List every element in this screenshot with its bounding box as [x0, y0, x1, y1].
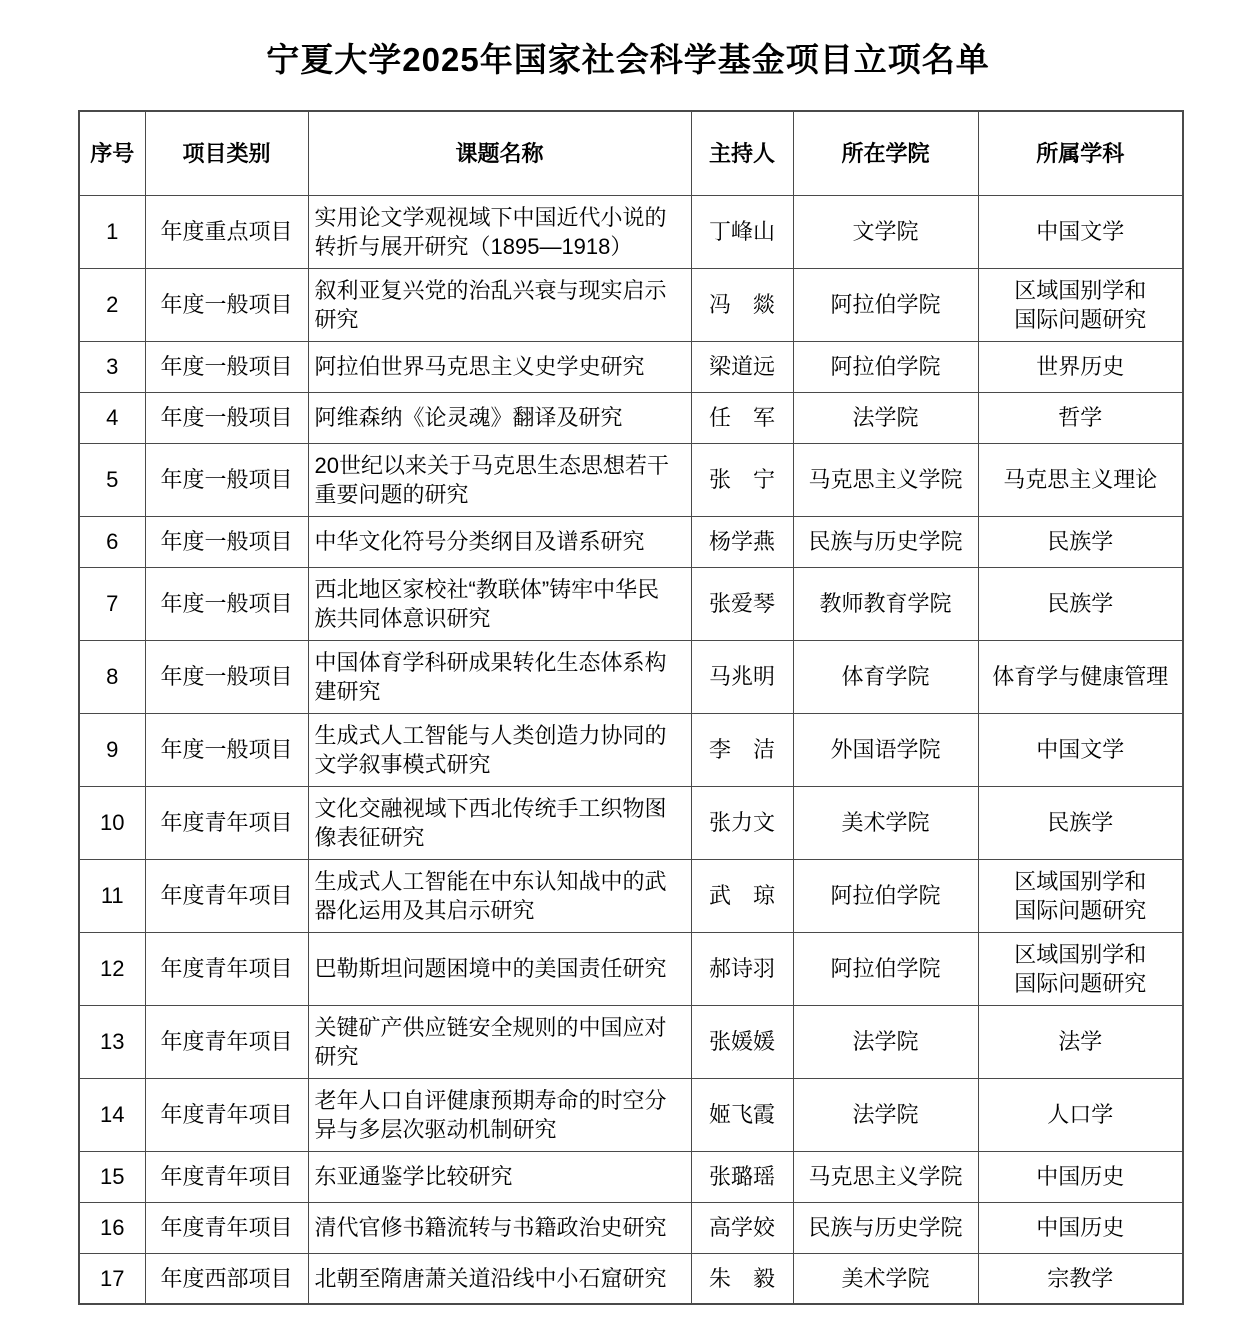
cell-category: 年度青年项目: [145, 1005, 308, 1078]
cell-leader: 张璐瑶: [691, 1151, 793, 1202]
cell-discipline: 中国历史: [978, 1151, 1183, 1202]
cell-category: 年度青年项目: [145, 859, 308, 932]
cell-category: 年度青年项目: [145, 786, 308, 859]
cell-discipline: 哲学: [978, 392, 1183, 443]
table-row: 17年度西部项目北朝至隋唐萧关道沿线中小石窟研究朱 毅美术学院宗教学: [79, 1253, 1183, 1304]
cell-category: 年度一般项目: [145, 392, 308, 443]
table-row: 5年度一般项目20世纪以来关于马克思生态思想若干重要问题的研究张 宁马克思主义学…: [79, 443, 1183, 516]
cell-discipline: 民族学: [978, 567, 1183, 640]
cell-title: 文化交融视域下西北传统手工织物图像表征研究: [308, 786, 691, 859]
cell-title: 实用论文学观视域下中国近代小说的转折与展开研究（1895—1918）: [308, 195, 691, 268]
page-title: 宁夏大学2025年国家社会科学基金项目立项名单: [0, 40, 1256, 80]
cell-discipline: 体育学与健康管理: [978, 640, 1183, 713]
projects-table: 序号 项目类别 课题名称 主持人 所在学院 所属学科 1年度重点项目实用论文学观…: [78, 110, 1184, 1305]
cell-leader: 杨学燕: [691, 516, 793, 567]
document-page: 宁夏大学2025年国家社会科学基金项目立项名单 序号 项目类别 课题名称 主持人…: [0, 0, 1256, 1330]
cell-category: 年度青年项目: [145, 1202, 308, 1253]
cell-leader: 朱 毅: [691, 1253, 793, 1304]
cell-leader: 张力文: [691, 786, 793, 859]
cell-title: 中国体育学科研成果转化生态体系构建研究: [308, 640, 691, 713]
cell-leader: 姬飞霞: [691, 1078, 793, 1151]
cell-title: 西北地区家校社“教联体”铸牢中华民族共同体意识研究: [308, 567, 691, 640]
table-row: 4年度一般项目阿维森纳《论灵魂》翻译及研究任 军法学院哲学: [79, 392, 1183, 443]
cell-college: 法学院: [793, 1005, 978, 1078]
cell-leader: 郝诗羽: [691, 932, 793, 1005]
cell-discipline: 马克思主义理论: [978, 443, 1183, 516]
cell-title: 清代官修书籍流转与书籍政治史研究: [308, 1202, 691, 1253]
cell-index: 2: [79, 268, 145, 341]
cell-leader: 张媛媛: [691, 1005, 793, 1078]
cell-leader: 丁峰山: [691, 195, 793, 268]
cell-category: 年度一般项目: [145, 516, 308, 567]
cell-index: 12: [79, 932, 145, 1005]
cell-index: 4: [79, 392, 145, 443]
cell-college: 阿拉伯学院: [793, 932, 978, 1005]
cell-index: 17: [79, 1253, 145, 1304]
cell-index: 13: [79, 1005, 145, 1078]
cell-category: 年度一般项目: [145, 443, 308, 516]
cell-discipline: 民族学: [978, 516, 1183, 567]
cell-index: 15: [79, 1151, 145, 1202]
col-header-index: 序号: [79, 111, 145, 195]
cell-leader: 冯 燚: [691, 268, 793, 341]
cell-college: 阿拉伯学院: [793, 859, 978, 932]
cell-discipline: 人口学: [978, 1078, 1183, 1151]
cell-category: 年度一般项目: [145, 341, 308, 392]
col-header-college: 所在学院: [793, 111, 978, 195]
cell-title: 老年人口自评健康预期寿命的时空分异与多层次驱动机制研究: [308, 1078, 691, 1151]
cell-category: 年度一般项目: [145, 640, 308, 713]
cell-college: 阿拉伯学院: [793, 268, 978, 341]
cell-title: 中华文化符号分类纲目及谱系研究: [308, 516, 691, 567]
cell-title: 20世纪以来关于马克思生态思想若干重要问题的研究: [308, 443, 691, 516]
cell-college: 文学院: [793, 195, 978, 268]
table-row: 2年度一般项目叙利亚复兴党的治乱兴衰与现实启示研究冯 燚阿拉伯学院区域国别学和国…: [79, 268, 1183, 341]
col-header-discipline: 所属学科: [978, 111, 1183, 195]
table-row: 6年度一般项目中华文化符号分类纲目及谱系研究杨学燕民族与历史学院民族学: [79, 516, 1183, 567]
cell-leader: 梁道远: [691, 341, 793, 392]
cell-college: 民族与历史学院: [793, 516, 978, 567]
table-row: 14年度青年项目老年人口自评健康预期寿命的时空分异与多层次驱动机制研究姬飞霞法学…: [79, 1078, 1183, 1151]
table-body: 1年度重点项目实用论文学观视域下中国近代小说的转折与展开研究（1895—1918…: [79, 195, 1183, 1304]
table-header: 序号 项目类别 课题名称 主持人 所在学院 所属学科: [79, 111, 1183, 195]
cell-discipline: 民族学: [978, 786, 1183, 859]
cell-leader: 张 宁: [691, 443, 793, 516]
cell-index: 11: [79, 859, 145, 932]
cell-title: 叙利亚复兴党的治乱兴衰与现实启示研究: [308, 268, 691, 341]
cell-leader: 高学姣: [691, 1202, 793, 1253]
cell-category: 年度一般项目: [145, 567, 308, 640]
table-row: 1年度重点项目实用论文学观视域下中国近代小说的转折与展开研究（1895—1918…: [79, 195, 1183, 268]
cell-index: 6: [79, 516, 145, 567]
cell-leader: 李 洁: [691, 713, 793, 786]
cell-category: 年度一般项目: [145, 713, 308, 786]
cell-discipline: 世界历史: [978, 341, 1183, 392]
cell-leader: 马兆明: [691, 640, 793, 713]
cell-category: 年度青年项目: [145, 1151, 308, 1202]
cell-index: 16: [79, 1202, 145, 1253]
cell-discipline: 区域国别学和国际问题研究: [978, 268, 1183, 341]
cell-title: 阿维森纳《论灵魂》翻译及研究: [308, 392, 691, 443]
cell-college: 马克思主义学院: [793, 1151, 978, 1202]
cell-college: 阿拉伯学院: [793, 341, 978, 392]
cell-category: 年度青年项目: [145, 1078, 308, 1151]
cell-college: 体育学院: [793, 640, 978, 713]
cell-college: 美术学院: [793, 1253, 978, 1304]
cell-category: 年度西部项目: [145, 1253, 308, 1304]
table-row: 12年度青年项目巴勒斯坦问题困境中的美国责任研究郝诗羽阿拉伯学院区域国别学和国际…: [79, 932, 1183, 1005]
cell-college: 马克思主义学院: [793, 443, 978, 516]
cell-college: 美术学院: [793, 786, 978, 859]
cell-leader: 任 军: [691, 392, 793, 443]
cell-index: 7: [79, 567, 145, 640]
cell-index: 3: [79, 341, 145, 392]
cell-discipline: 中国文学: [978, 713, 1183, 786]
cell-index: 14: [79, 1078, 145, 1151]
cell-discipline: 区域国别学和国际问题研究: [978, 859, 1183, 932]
table-row: 11年度青年项目生成式人工智能在中东认知战中的武器化运用及其启示研究武 琼阿拉伯…: [79, 859, 1183, 932]
cell-category: 年度青年项目: [145, 932, 308, 1005]
header-row: 序号 项目类别 课题名称 主持人 所在学院 所属学科: [79, 111, 1183, 195]
cell-college: 法学院: [793, 1078, 978, 1151]
cell-college: 教师教育学院: [793, 567, 978, 640]
cell-college: 民族与历史学院: [793, 1202, 978, 1253]
cell-index: 10: [79, 786, 145, 859]
cell-college: 外国语学院: [793, 713, 978, 786]
cell-category: 年度重点项目: [145, 195, 308, 268]
table-row: 16年度青年项目清代官修书籍流转与书籍政治史研究高学姣民族与历史学院中国历史: [79, 1202, 1183, 1253]
cell-title: 巴勒斯坦问题困境中的美国责任研究: [308, 932, 691, 1005]
table-row: 8年度一般项目中国体育学科研成果转化生态体系构建研究马兆明体育学院体育学与健康管…: [79, 640, 1183, 713]
table-row: 13年度青年项目关键矿产供应链安全规则的中国应对研究张媛媛法学院法学: [79, 1005, 1183, 1078]
cell-index: 8: [79, 640, 145, 713]
cell-title: 生成式人工智能在中东认知战中的武器化运用及其启示研究: [308, 859, 691, 932]
table-row: 15年度青年项目东亚通鉴学比较研究张璐瑶马克思主义学院中国历史: [79, 1151, 1183, 1202]
cell-category: 年度一般项目: [145, 268, 308, 341]
cell-title: 阿拉伯世界马克思主义史学史研究: [308, 341, 691, 392]
table-row: 3年度一般项目阿拉伯世界马克思主义史学史研究梁道远阿拉伯学院世界历史: [79, 341, 1183, 392]
cell-discipline: 中国文学: [978, 195, 1183, 268]
cell-discipline: 法学: [978, 1005, 1183, 1078]
cell-discipline: 宗教学: [978, 1253, 1183, 1304]
table-row: 10年度青年项目文化交融视域下西北传统手工织物图像表征研究张力文美术学院民族学: [79, 786, 1183, 859]
cell-discipline: 区域国别学和国际问题研究: [978, 932, 1183, 1005]
cell-index: 5: [79, 443, 145, 516]
cell-leader: 张爱琴: [691, 567, 793, 640]
table-row: 9年度一般项目生成式人工智能与人类创造力协同的文学叙事模式研究李 洁外国语学院中…: [79, 713, 1183, 786]
table-row: 7年度一般项目西北地区家校社“教联体”铸牢中华民族共同体意识研究张爱琴教师教育学…: [79, 567, 1183, 640]
cell-leader: 武 琼: [691, 859, 793, 932]
col-header-title: 课题名称: [308, 111, 691, 195]
cell-discipline: 中国历史: [978, 1202, 1183, 1253]
cell-title: 生成式人工智能与人类创造力协同的文学叙事模式研究: [308, 713, 691, 786]
cell-title: 北朝至隋唐萧关道沿线中小石窟研究: [308, 1253, 691, 1304]
col-header-category: 项目类别: [145, 111, 308, 195]
cell-college: 法学院: [793, 392, 978, 443]
cell-index: 9: [79, 713, 145, 786]
cell-index: 1: [79, 195, 145, 268]
cell-title: 东亚通鉴学比较研究: [308, 1151, 691, 1202]
cell-title: 关键矿产供应链安全规则的中国应对研究: [308, 1005, 691, 1078]
col-header-leader: 主持人: [691, 111, 793, 195]
